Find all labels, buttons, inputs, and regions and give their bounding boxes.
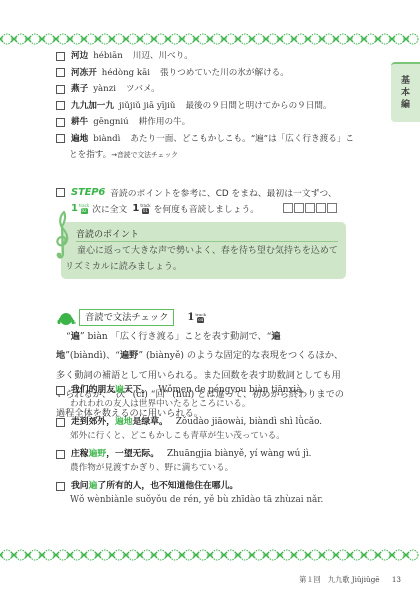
- side-tab-char: 基: [401, 75, 410, 87]
- vocab-meaning: あたり一面、どこもかしこも。“遍”は「広く行き渡る」こ: [130, 131, 354, 148]
- vocab-item: 河冻开 hédòng kāi 張りつめていた川の氷が解ける。: [56, 65, 354, 82]
- step-badge: STEP6: [71, 187, 105, 198]
- repeat-checkbox[interactable]: [294, 203, 304, 213]
- panel-body: 童心に返って大きな声で勢いよく、春を待ち望む気持ちを込めてリズミカルに読みましょ…: [65, 243, 340, 275]
- vocab-meaning: 耕作用の牛。: [139, 114, 191, 131]
- example-checkbox[interactable]: [56, 450, 65, 459]
- example-pinyin: Wǒ wènbiànle suǒyǒu de rén, yě bù zhīdào…: [56, 493, 356, 507]
- example-translation: 農作物が見渡すかぎり、野に満ちている。: [56, 461, 356, 475]
- cd-track-icon: track 04: [195, 313, 206, 323]
- top-decorative-border: [0, 32, 420, 46]
- example-item: 走到郊外，遍地是绿草。 Zǒudào jiāowài, biàndì shì l…: [56, 415, 356, 443]
- grammar-check-label: 音読で文法チェック: [79, 309, 174, 326]
- step-text: 音読のポイントを参考に、CD をまね、最初は一文ずつ、: [110, 186, 337, 199]
- example-translation: 郊外に行くと、どこもかしこも青草が生い茂っている。: [56, 429, 356, 443]
- vocab-hanzi: 燕子: [71, 81, 88, 98]
- vocab-pinyin: yànzi: [93, 81, 116, 98]
- vocab-list: 河边 hébiān 川辺、川べり。 河冻开 hédòng kāi 張りつめていた…: [56, 48, 354, 164]
- vocab-hanzi: 河边: [71, 48, 88, 65]
- bottom-decorative-border: [0, 548, 420, 562]
- vocab-checkbox[interactable]: [56, 52, 65, 61]
- page-number: 13: [392, 575, 401, 584]
- treble-clef-icon: [52, 208, 74, 264]
- vocab-pinyin: hédòng kāi: [102, 65, 150, 82]
- track-04-button[interactable]: 1 track 04: [187, 312, 206, 323]
- vocab-hanzi: 遍地: [71, 131, 88, 148]
- footer-lesson-title: 第１回 九九歌 Jiǔjiǔgē: [299, 575, 379, 584]
- example-translation: われわれの友人は世界中いたるところにいる。: [56, 397, 356, 411]
- panel-title: 音読のポイント: [76, 227, 139, 240]
- vocab-meaning: 張りつめていた川の氷が解ける。: [160, 65, 289, 82]
- page-footer: 第１回 九九歌 Jiǔjiǔgē 13: [0, 575, 401, 585]
- example-item: 我们的朋友遍天下。 Wǒmen de péngyou biàn tiānxià.…: [56, 383, 356, 411]
- example-checkbox[interactable]: [56, 482, 65, 491]
- repeat-checkbox[interactable]: [305, 203, 315, 213]
- vocab-item: 九九加一九 jiǔjiǔ jiā yījiǔ 最後の９日間と明けてからの９日間。: [56, 98, 354, 115]
- highlight-keyword: 遍: [115, 385, 124, 395]
- cross-reference-link[interactable]: →音読で文法チェック: [111, 147, 178, 164]
- divider: [76, 241, 338, 242]
- vocab-pinyin: hébiān: [93, 48, 123, 65]
- vocab-item: 河边 hébiān 川辺、川べり。: [56, 48, 354, 65]
- cd-track-icon: track 02: [79, 204, 89, 214]
- vocab-hanzi: 河冻开: [71, 65, 97, 82]
- repeat-checkbox[interactable]: [316, 203, 326, 213]
- step-checkbox[interactable]: [56, 188, 65, 197]
- vocab-item-continuation: とを指す。 →音読で文法チェック: [56, 147, 354, 164]
- vocab-meaning: ツバメ。: [126, 81, 160, 98]
- repeat-checkbox[interactable]: [327, 203, 337, 213]
- vocab-checkbox[interactable]: [56, 68, 65, 77]
- step6-instruction: STEP6 音読のポイントを参考に、CD をまね、最初は一文ずつ、 1 trac…: [56, 184, 337, 216]
- example-checkbox[interactable]: [56, 386, 65, 395]
- example-item: 我问遍了所有的人，也不知道他住在哪儿。 Wǒ wènbiànle suǒyǒu …: [56, 479, 356, 507]
- vocab-pinyin: biàndì: [93, 131, 120, 148]
- example-pinyin: Zǒudào jiāowài, biàndì shì lǜcǎo.: [176, 415, 322, 429]
- cd-track-icon: track 01: [140, 204, 150, 214]
- side-tab-char: 編: [401, 99, 410, 111]
- vocab-meaning: 川辺、川べり。: [133, 48, 193, 65]
- example-sentences: 我们的朋友遍天下。 Wǒmen de péngyou biàn tiānxià.…: [56, 383, 356, 511]
- step-text: を何度も音読しましょう。: [154, 202, 260, 215]
- track-01-button[interactable]: 1 track 01: [132, 203, 150, 214]
- vocab-checkbox[interactable]: [56, 134, 65, 143]
- vocab-hanzi: 九九加一九: [71, 98, 114, 115]
- vocab-item: 燕子 yànzi ツバメ。: [56, 81, 354, 98]
- vocab-checkbox[interactable]: [56, 101, 65, 110]
- vocab-meaning: 最後の９日間と明けてからの９日間。: [185, 98, 331, 115]
- example-pinyin: Wǒmen de péngyou biàn tiānxià.: [158, 383, 304, 397]
- headphones-icon: [57, 311, 77, 325]
- example-pinyin: Zhuāngjia biànyě, yí wàng wú jì.: [167, 447, 311, 461]
- vocab-item: 遍地 biàndì あたり一面、どこもかしこも。“遍”は「広く行き渡る」こ: [56, 131, 354, 148]
- section-tab-basic[interactable]: 基 本 編: [391, 62, 420, 122]
- vocab-checkbox[interactable]: [56, 85, 65, 94]
- vocab-checkbox[interactable]: [56, 118, 65, 127]
- vocab-hanzi: 耕牛: [71, 114, 88, 131]
- repeat-checkbox[interactable]: [283, 203, 293, 213]
- vocab-meaning-cont: とを指す。: [69, 147, 111, 164]
- repetition-checkboxes: [261, 203, 337, 213]
- reading-point-panel: 音読のポイント 童心に返って大きな声で勢いよく、春を待ち望む気持ちを込めてリズミ…: [61, 222, 346, 279]
- example-item: 庄稼遍野，一望无际。 Zhuāngjia biànyě, yí wàng wú …: [56, 447, 356, 475]
- vocab-item: 耕牛 gēngniú 耕作用の牛。: [56, 114, 354, 131]
- step-text: 次に全文: [92, 202, 127, 215]
- grammar-check-header: 音読で文法チェック 1 track 04: [57, 309, 209, 326]
- vocab-pinyin: jiǔjiǔ jiā yījiǔ: [119, 98, 175, 115]
- vocab-pinyin: gēngniú: [93, 114, 128, 131]
- example-checkbox[interactable]: [56, 418, 65, 427]
- side-tab-char: 本: [401, 87, 410, 99]
- highlight-keyword: 遍地: [115, 417, 133, 427]
- highlight-keyword: 遍野: [89, 449, 107, 459]
